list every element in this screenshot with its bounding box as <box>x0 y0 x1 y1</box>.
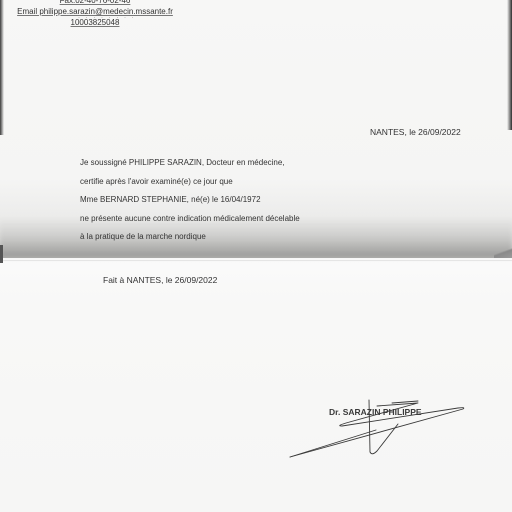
paper-left-edge-lower <box>0 245 3 263</box>
body-line-certification: certifie après l'avoir examiné(e) ce jou… <box>80 177 300 196</box>
body-line-patient: Mme BERNARD STEPHANIE, né(e) le 16/04/19… <box>80 195 300 214</box>
paper-fold-line <box>0 258 512 260</box>
body-line-declaration: Je soussigné PHILIPPE SARAZIN, Docteur e… <box>80 158 300 177</box>
dotted-separator: · · · · · · · · <box>78 13 136 24</box>
certificate-body: Je soussigné PHILIPPE SARAZIN, Docteur e… <box>80 158 300 251</box>
paper-fold-corner <box>494 246 512 258</box>
done-at-line: Fait à NANTES, le 26/09/2022 <box>103 275 217 285</box>
letterhead: Fax:02-40-76-02-46 Email philippe.sarazi… <box>0 0 190 28</box>
body-line-no-contraindication: ne présente aucune contre indication méd… <box>80 214 300 233</box>
place-date: NANTES, le 26/09/2022 <box>370 127 461 137</box>
body-line-activity: à la pratique de la marche nordique <box>80 232 300 251</box>
signature-icon <box>280 360 512 480</box>
paper-right-edge <box>507 0 512 130</box>
practitioner-id-line: · · · · · · · · 10003825048 <box>0 17 190 28</box>
